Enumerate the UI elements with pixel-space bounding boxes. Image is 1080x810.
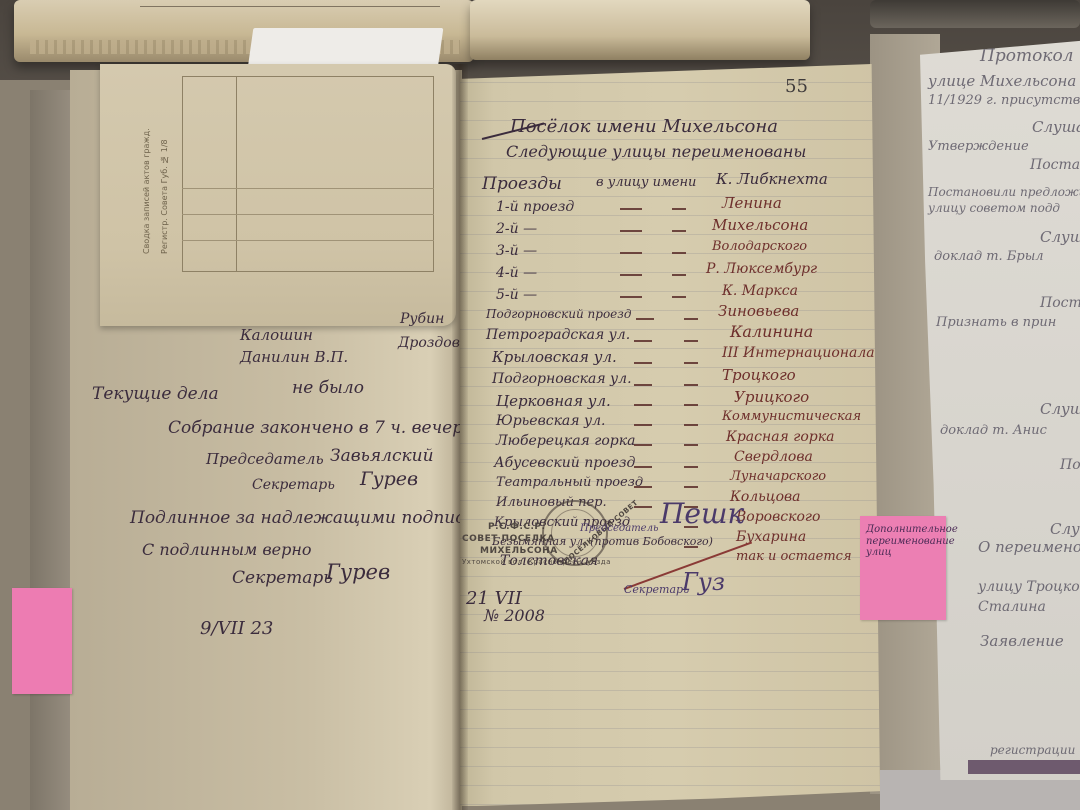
sticky-note-text: Дополнительное переименование улиц bbox=[866, 524, 940, 559]
old-street-name: Театральный проезд bbox=[496, 476, 643, 489]
form-printed-text: Регистр. Совета Губ. № 1/8 bbox=[160, 104, 169, 254]
ditto-dash bbox=[684, 404, 698, 406]
stamp-line: Р.С.Ф.С.Р. bbox=[488, 522, 545, 532]
ditto-dash bbox=[672, 296, 686, 298]
new-street-name: Урицкого bbox=[734, 390, 809, 405]
new-street-name: так и остается bbox=[736, 550, 852, 563]
ditto-dash bbox=[634, 362, 652, 364]
protocol-line: доклад т. Анис bbox=[940, 424, 1047, 437]
protocol-line: Протокол bbox=[980, 48, 1074, 65]
secretary-name: Гурев bbox=[360, 470, 418, 489]
new-street-name: Михельсона bbox=[712, 218, 808, 233]
secretary-label: Секретарь bbox=[252, 478, 335, 492]
ditto-dash bbox=[620, 252, 642, 254]
background-text-line bbox=[140, 6, 440, 7]
background-book-middle bbox=[470, 0, 810, 60]
old-street-name: Подгорновская ул. bbox=[492, 372, 632, 386]
protocol-line: Слушали bbox=[1040, 230, 1080, 245]
protocol-line: Постановили bbox=[1040, 296, 1080, 310]
old-street-name: 3-й — bbox=[496, 244, 537, 258]
ditto-dash bbox=[684, 340, 698, 342]
meeting-closed-note: Собрание закончено в 7 ч. вечера bbox=[168, 420, 473, 437]
protocol-line: 11/1929 г. присутств. bbox=[928, 94, 1080, 107]
new-street-name: Володарского bbox=[712, 240, 807, 253]
ditto-dash bbox=[684, 486, 698, 488]
background-book-right bbox=[870, 0, 1080, 28]
new-street-name: Р. Люксембург bbox=[706, 262, 817, 276]
folded-form-insert: Сводка записей актов гражд. Регистр. Сов… bbox=[100, 64, 456, 326]
protocol-line: Заявление bbox=[980, 634, 1064, 649]
ditto-dash bbox=[634, 404, 652, 406]
old-street-name: Абусевский проезд bbox=[494, 456, 635, 470]
ditto-dash bbox=[634, 486, 652, 488]
protocol-line: улицу Троцкого bbox=[978, 580, 1080, 594]
ditto-dash bbox=[634, 384, 652, 386]
ditto-dash bbox=[672, 230, 686, 232]
protocol-line: Постановили bbox=[1060, 458, 1080, 472]
chairman-label: Председатель bbox=[580, 524, 658, 534]
ditto-dash bbox=[684, 384, 698, 386]
certification-line: Подлинное за надлежащими подписями bbox=[130, 510, 501, 527]
ditto-dash bbox=[634, 466, 652, 468]
ditto-dash bbox=[634, 424, 652, 426]
form-table-row bbox=[182, 240, 434, 241]
protocol-line: Слушали bbox=[1050, 522, 1080, 537]
protocol-sheet-edge bbox=[968, 760, 1080, 774]
ditto-dash bbox=[684, 424, 698, 426]
protocol-line: регистрации bbox=[990, 744, 1075, 756]
ditto-dash bbox=[634, 444, 652, 446]
document-number: № 2008 bbox=[484, 608, 545, 624]
attendee-name: Дроздов bbox=[398, 336, 460, 350]
new-street-name: Зиновьева bbox=[718, 304, 799, 319]
protocol-line: Сталина bbox=[978, 600, 1046, 614]
old-street-name: 5-й — bbox=[496, 288, 537, 302]
photo-scene: Протокол улице Михельсона 11/1929 г. при… bbox=[0, 0, 1080, 810]
protocol-line: улицу советом подд bbox=[928, 202, 1060, 214]
new-street-name: Красная горка bbox=[726, 430, 834, 444]
form-table-frame bbox=[182, 76, 434, 272]
ditto-dash bbox=[620, 208, 642, 210]
new-street-name: К. Маркса bbox=[722, 284, 798, 298]
old-street-name: Проезды bbox=[482, 176, 562, 193]
certification-secretary-label: Секретарь bbox=[232, 570, 333, 587]
old-street-name: Крыловская ул. bbox=[492, 350, 617, 365]
ditto-dash bbox=[620, 230, 642, 232]
protocol-line: Слушали bbox=[1040, 402, 1080, 417]
form-table-divider bbox=[236, 76, 237, 272]
certification-date: 9/VII 23 bbox=[200, 620, 273, 638]
current-affairs-value: не было bbox=[292, 380, 364, 397]
protocol-line: улице Михельсона bbox=[928, 74, 1076, 89]
new-street-name: Бухарина bbox=[736, 530, 806, 544]
ditto-dash bbox=[620, 296, 642, 298]
new-street-name: Коммунистическая bbox=[722, 410, 861, 423]
page-subheading: Следующие улицы переименованы bbox=[506, 144, 806, 160]
secretary-label: Секретарь bbox=[624, 584, 689, 595]
form-printed-text: Сводка записей актов гражд. bbox=[142, 94, 151, 254]
stamp-line: СОВЕТ ПОСЕЛКА bbox=[462, 534, 555, 544]
protocol-line: Утверждение bbox=[928, 140, 1029, 153]
page-heading: Посёлок имени Михельсона bbox=[510, 118, 778, 136]
rename-connector: в улицу имени bbox=[596, 176, 696, 189]
current-affairs-label: Текущие дела bbox=[92, 386, 219, 403]
new-street-name: Свердлова bbox=[734, 450, 813, 464]
chairman-label: Председатель bbox=[206, 452, 324, 467]
book-spine bbox=[452, 64, 468, 810]
attendee-name: Рубин bbox=[400, 312, 444, 326]
ditto-dash bbox=[684, 362, 698, 364]
new-street-name: Луначарского bbox=[730, 470, 826, 483]
protocol-line: доклад т. Брыл bbox=[934, 250, 1044, 263]
ditto-dash bbox=[672, 208, 686, 210]
old-street-name: Петроградская ул. bbox=[486, 328, 630, 342]
page-number: 55 bbox=[785, 76, 808, 97]
protocol-line: Слушали bbox=[1032, 120, 1080, 135]
old-street-name: Юрьевская ул. bbox=[496, 414, 605, 428]
certification-secretary-name: Гурев bbox=[326, 562, 390, 583]
pink-sticky-note-right: Дополнительное переименование улиц bbox=[860, 516, 946, 620]
protocol-line: Постановили bbox=[1030, 158, 1080, 172]
protocol-line: О переименовании bbox=[978, 540, 1080, 555]
old-street-name: Подгорновский проезд bbox=[486, 308, 631, 320]
ditto-dash bbox=[636, 318, 654, 320]
protocol-line: Признать в прин bbox=[936, 316, 1056, 329]
new-street-name: III Интернационала bbox=[722, 346, 875, 360]
ditto-dash bbox=[672, 252, 686, 254]
new-street-name: Калинина bbox=[730, 324, 813, 340]
protocol-line: Постановили предложи bbox=[928, 186, 1080, 198]
form-table-row bbox=[182, 214, 434, 215]
new-street-name: Ленина bbox=[722, 196, 782, 211]
protocol-sheet: Протокол улице Михельсона 11/1929 г. при… bbox=[920, 40, 1080, 780]
ditto-dash bbox=[684, 546, 698, 548]
form-table-row bbox=[182, 188, 434, 189]
ditto-dash bbox=[672, 274, 686, 276]
chairman-name: Завьялский bbox=[330, 448, 434, 465]
old-street-name: 2-й — bbox=[496, 222, 537, 236]
chairman-signature: Пешк bbox=[660, 500, 744, 528]
pink-sticky-note-left bbox=[12, 588, 72, 694]
old-street-name: 4-й — bbox=[496, 266, 537, 280]
ditto-dash bbox=[684, 466, 698, 468]
attendee-name: Данилин В.П. bbox=[240, 350, 348, 365]
attendee-name: Калошин bbox=[240, 328, 313, 343]
ditto-dash bbox=[684, 318, 698, 320]
old-street-name: Люберецкая горка bbox=[496, 434, 635, 448]
old-street-name: Церковная ул. bbox=[496, 394, 611, 409]
secretary-signature: Гуз bbox=[682, 570, 725, 594]
ditto-dash bbox=[684, 444, 698, 446]
certification-line: С подлинным верно bbox=[142, 542, 312, 558]
new-street-name: К. Либкнехта bbox=[716, 172, 828, 187]
ditto-dash bbox=[620, 274, 642, 276]
new-street-name: Воровского bbox=[736, 510, 820, 524]
old-street-name: 1-й проезд bbox=[496, 200, 574, 214]
new-street-name: Троцкого bbox=[722, 368, 796, 383]
ditto-dash bbox=[634, 340, 652, 342]
